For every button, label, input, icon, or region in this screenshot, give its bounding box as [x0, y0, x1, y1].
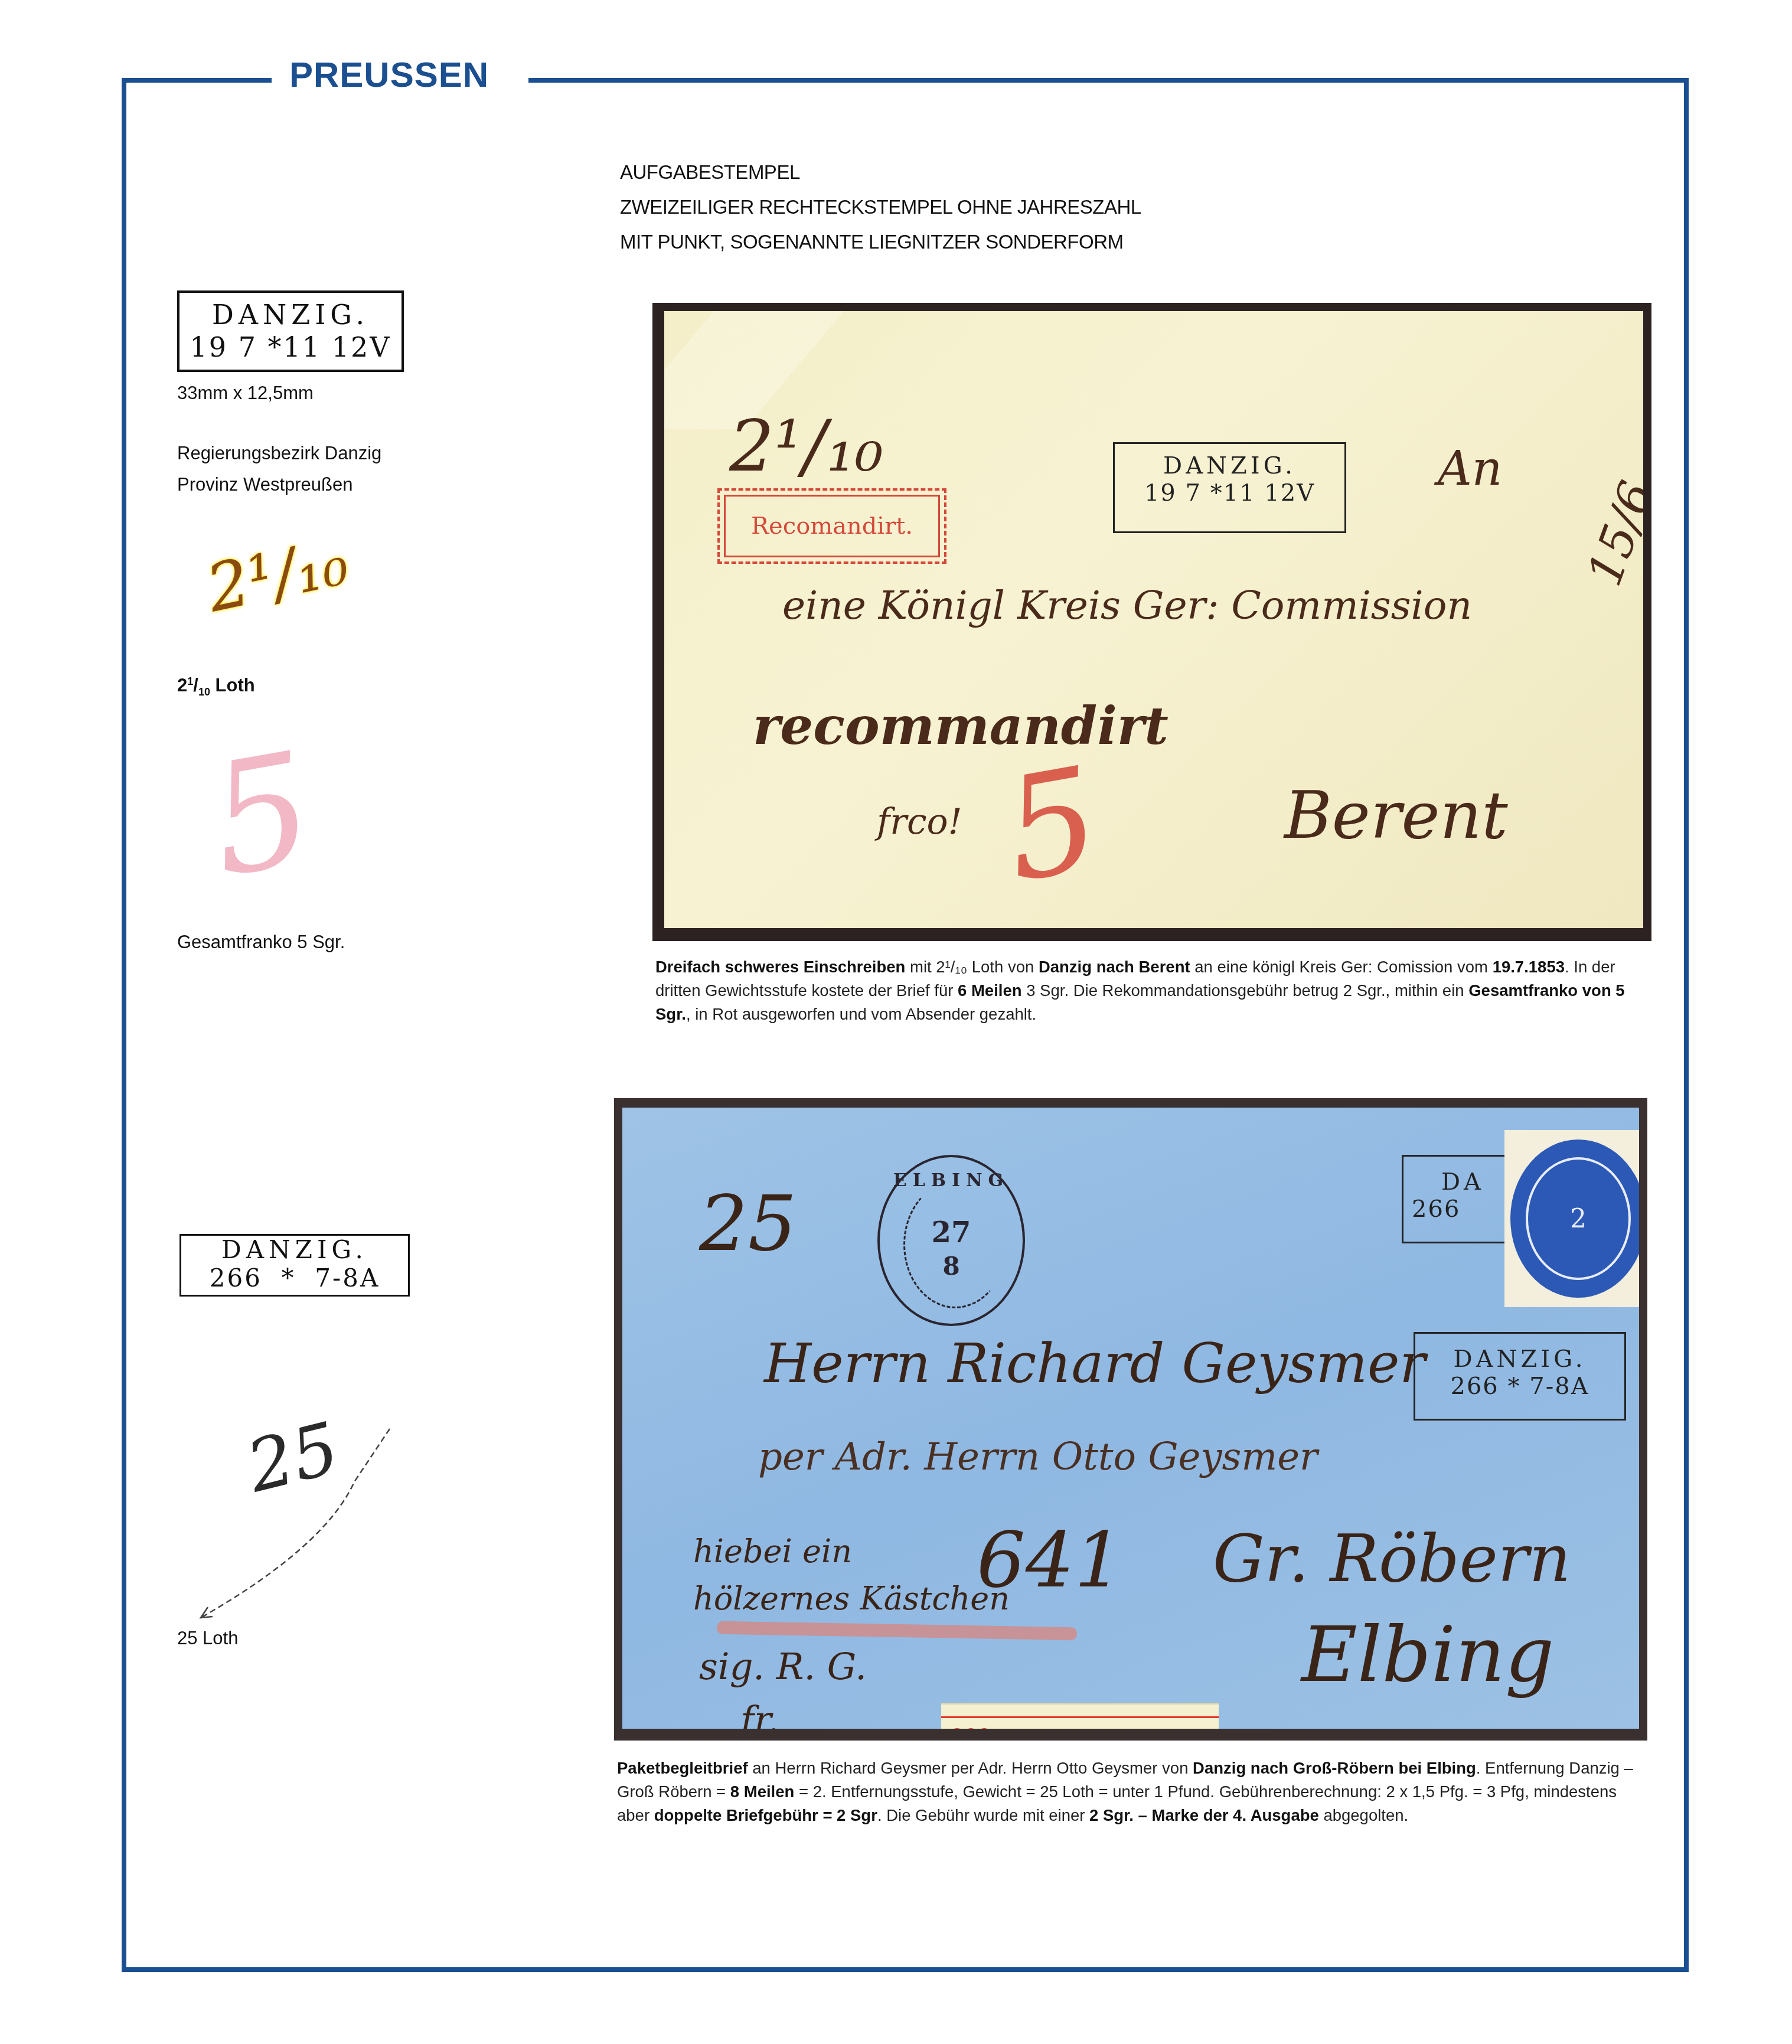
postmark-day: 27 [880, 1216, 1023, 1249]
cover-image-berent: 2¹/₁₀ Recomandirt. DANZIG. 19 7 *11 12V … [652, 303, 1651, 941]
dashed-arrow-icon [177, 1417, 402, 1641]
frame-top-right-rule [528, 78, 1689, 83]
caption-segment: doppelte Briefgebühr = 2 Sgr [654, 1806, 877, 1824]
side-note-2: hölzernes Kästchen [693, 1580, 1010, 1617]
destination: Berent [1284, 778, 1508, 853]
sign-note: sig. R. G. [699, 1645, 867, 1688]
postmark-month: 8 [880, 1252, 1023, 1281]
sidebar-stamp-danzig-1: DANZIG. 19 7 *11 12V [177, 290, 404, 372]
caption-segment: an Herrn Richard Geysmer per Adr. Herrn … [748, 1759, 1193, 1777]
number-note: 15/6 [1576, 474, 1643, 593]
stamp-date: 19 7 *11 12V [1115, 479, 1344, 507]
caption-segment: Danzig nach Berent [1039, 958, 1190, 976]
franko-label: Gesamtfranko 5 Sgr. [177, 932, 345, 953]
postmark-town: ELBING [880, 1170, 1023, 1191]
label-origin: aus Danzig [1006, 1726, 1130, 1729]
caption-segment: Dreifach schweres Einschreiben [655, 958, 905, 976]
caption-segment: Danzig nach Groß-Röbern bei Elbing [1193, 1759, 1476, 1777]
address-line: eine Königl Kreis Ger: Commission [782, 583, 1472, 628]
caption-segment: , in Rot ausgeworfen und vom Absender ge… [686, 1005, 1036, 1023]
cover-paper: 2¹/₁₀ Recomandirt. DANZIG. 19 7 *11 12V … [664, 311, 1643, 928]
weight-label-2: 25 Loth [177, 1628, 238, 1649]
addressee-line-2: per Adr. Herrn Otto Geysmer [758, 1435, 1318, 1479]
weight-sup: 1 [187, 675, 193, 687]
caption-segment: an eine königl Kreis Ger: Comission vom [1190, 958, 1493, 976]
red-crayon-line [717, 1621, 1077, 1641]
region-label: Regierungsbezirk Danzig [177, 443, 381, 464]
caption-cover-2: Paketbegleitbrief an Herrn Richard Geysm… [617, 1756, 1650, 1827]
caption-cover-1: Dreifach schweres Einschreiben mit 2¹/₁₀… [655, 955, 1653, 1026]
caption-segment: 8 Meilen [730, 1782, 795, 1801]
caption-segment: mit 2¹/₁₀ Loth von [905, 958, 1039, 976]
header-line-1: AUFGABESTEMPEL [620, 155, 1141, 190]
caption-segment: 6 Meilen [958, 981, 1022, 1000]
stamp-oval: 2 [1510, 1139, 1639, 1298]
city: Elbing [1301, 1609, 1554, 1699]
page-title: PREUSSEN [289, 54, 489, 95]
stamp-date: 266 * 7-8A [181, 1264, 408, 1292]
weight-note: 2¹/₁₀ [729, 406, 883, 488]
stamp-town: DANZIG. [179, 299, 402, 331]
caption-segment: . Die Gebühr wurde mit einer [877, 1806, 1089, 1824]
header-line-2: ZWEIZEILIGER RECHTECKSTEMPEL OHNE JAHRES… [620, 190, 1141, 224]
recomandirt-red-stamp: Recomandirt. [717, 488, 946, 564]
address-prefix: An [1438, 441, 1502, 496]
red-rate-note: 5 [993, 736, 1111, 914]
side-note-1: hiebei ein [693, 1533, 852, 1570]
fr-note: fr. [740, 1698, 779, 1729]
circular-postmark: ELBING 27 8 [877, 1155, 1025, 1326]
frame-top-left-rule [122, 78, 272, 83]
stamp-date: 266 * 7-8A [1415, 1373, 1624, 1400]
label-red-line [941, 1716, 1219, 1718]
stamp-town: DANZIG. [1415, 1346, 1624, 1373]
caption-segment: abgegolten. [1319, 1806, 1408, 1824]
weight-unit: Loth [216, 675, 255, 696]
weight-label-1: 21/10 Loth [177, 675, 255, 698]
weight-whole: 2 [177, 675, 187, 696]
town: Gr. Röbern [1213, 1521, 1571, 1596]
section-header: AUFGABESTEMPEL ZWEIZEILIGER RECHTECKSTEM… [620, 155, 1141, 259]
recommandirt-note: recommandirt [753, 695, 1168, 756]
caption-segment: 2 Sgr. – Marke der 4. Ausgabe [1089, 1806, 1319, 1824]
danzig-rect-stamp: DANZIG. 266 * 7-8A [1414, 1332, 1626, 1421]
stamp-town: DANZIG. [181, 1236, 408, 1264]
header-line-3: MIT PUNKT, SOGENANNTE LIEGNITZER SONDERF… [620, 224, 1141, 259]
stamp-date: 19 7 *11 12V [179, 331, 402, 364]
province-label: Provinz Westpreußen [177, 474, 353, 495]
cover-paper: 25 ELBING 27 8 DA 266 2 Herrn Richard Ge… [622, 1108, 1639, 1729]
caption-segment: 3 Sgr. Die Rekommandationsgebühr betrug … [1022, 981, 1469, 1000]
weight-sub: 10 [198, 686, 210, 698]
parcel-label: 389. aus Danzig [941, 1703, 1219, 1729]
caption-segment: 19.7.1853 [1493, 958, 1565, 976]
addressee-line-1: Herrn Richard Geysmer [764, 1332, 1425, 1395]
postage-stamp: 2 [1504, 1130, 1639, 1307]
cover-image-elbing: 25 ELBING 27 8 DA 266 2 Herrn Richard Ge… [614, 1098, 1647, 1741]
danzig-rect-stamp: DANZIG. 19 7 *11 12V [1113, 442, 1346, 533]
stamp-town: DANZIG. [1115, 452, 1344, 479]
franco-note: frco! [877, 801, 962, 843]
stamp-value: 2 [1526, 1157, 1631, 1280]
weight-note: 25 [699, 1178, 797, 1268]
sidebar-stamp-danzig-2: DANZIG. 266 * 7-8A [179, 1234, 410, 1297]
stamp-size-label: 33mm x 12,5mm [177, 383, 314, 404]
label-number: 389. [951, 1725, 998, 1729]
caption-segment: Paketbegleitbrief [617, 1759, 748, 1777]
